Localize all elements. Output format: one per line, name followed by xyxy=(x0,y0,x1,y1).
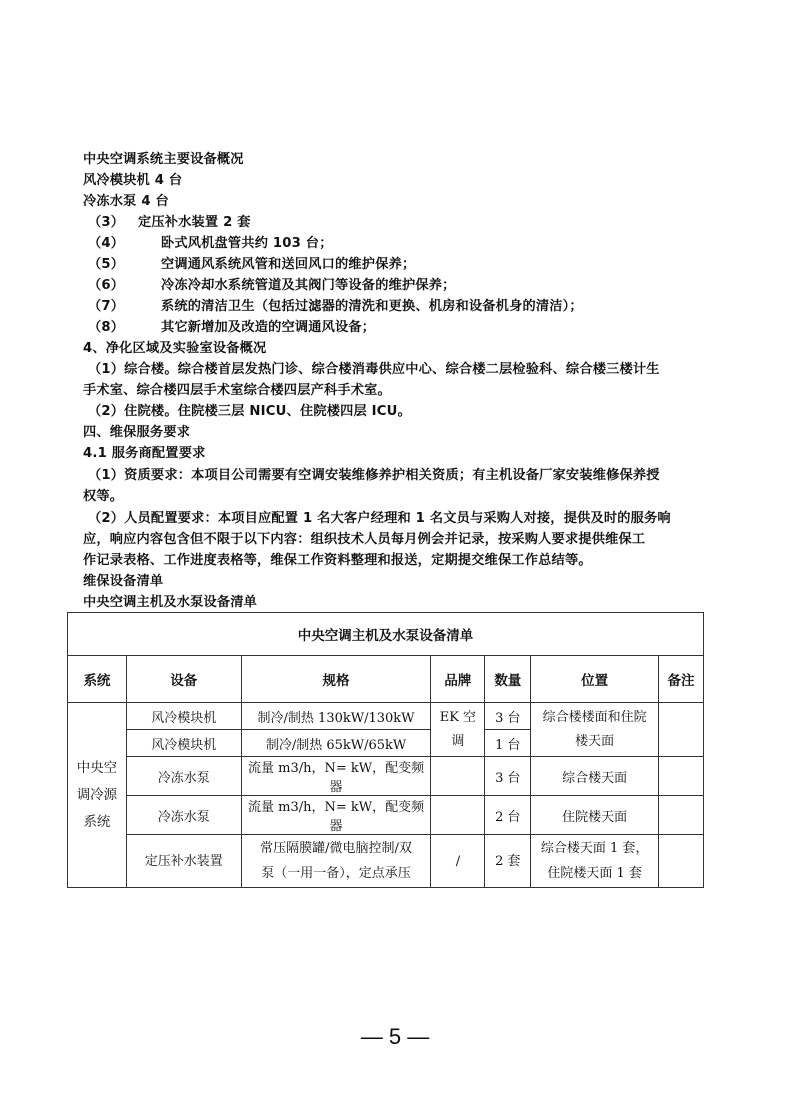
table-row: 定压补水装置 常压隔膜罐/微电脑控制/双 泵（一用一备），定点承压 / 2 套 … xyxy=(68,835,704,888)
spec-line: 常压隔膜罐/微电脑控制/双 xyxy=(242,836,431,861)
device-cell: 冷冻水泵 xyxy=(126,796,241,835)
device-cell: 冷冻水泵 xyxy=(126,757,241,796)
section-4-title: 4、净化区域及实验室设备概况 xyxy=(83,339,266,359)
list-item-text: 卧式风机盘管共约 103 台； xyxy=(161,236,333,251)
system-line: 中央空 xyxy=(68,755,126,782)
system-line: 调冷源 xyxy=(68,782,126,809)
note-cell xyxy=(659,796,704,835)
location-cell: 综合楼天面 1 套， 住院楼天面 1 套 xyxy=(531,835,659,888)
brand-cell xyxy=(431,757,485,796)
list-item: （5）空调通风系统风管和送回风口的维护保养； xyxy=(88,255,415,275)
brand-cell: / xyxy=(431,835,485,888)
list-item-text: 定压补水装置 2 套 xyxy=(138,215,251,230)
table-title: 中央空调主机及水泵设备清单 xyxy=(68,613,704,656)
column-header-device: 设备 xyxy=(126,656,241,703)
paragraph-line: 作记录表格、工作进度表格等，维保工作资料整理和报送，定期提交维保工作总结等。 xyxy=(83,551,592,571)
note-cell xyxy=(659,757,704,796)
brand-line: 调 xyxy=(431,730,484,754)
list-item-number: （7） xyxy=(88,297,161,317)
list-item: （6）冷冻冷却水系统管道及其阀门等设备的维护保养； xyxy=(88,276,456,296)
page-number: — 5 — xyxy=(0,1024,790,1050)
equipment-table: 中央空调主机及水泵设备清单 系统 设备 规格 品牌 数量 位置 备注 中央空 调… xyxy=(67,612,704,888)
chiller-count-line: 风冷模块机 4 台 xyxy=(83,171,182,191)
brand-line: EK 空 xyxy=(431,706,484,730)
table-row: 冷冻水泵 流量 m3/h，N= kW，配变频器 2 台 住院楼天面 xyxy=(68,796,704,835)
paragraph-line: （1）资质要求：本项目公司需要有空调安装维修养护相关资质；有主机设备厂家安装维修… xyxy=(88,466,660,486)
location-cell: 综合楼天面 xyxy=(531,757,659,796)
paragraph-line: 手术室、综合楼四层手术室综合楼四层产科手术室。 xyxy=(83,381,391,401)
pump-count-line: 冷冻水泵 4 台 xyxy=(83,192,169,212)
column-header-brand: 品牌 xyxy=(431,656,485,703)
overview-heading: 中央空调系统主要设备概况 xyxy=(83,150,244,170)
note-cell xyxy=(659,703,704,757)
quantity-cell: 3 台 xyxy=(485,703,531,730)
list-item-text: 空调通风系统风管和送回风口的维护保养； xyxy=(161,257,415,272)
list-item-number: （6） xyxy=(88,276,161,296)
brand-cell: EK 空 调 xyxy=(431,703,485,757)
list-item-number: （5） xyxy=(88,255,161,275)
column-header-quantity: 数量 xyxy=(485,656,531,703)
spec-cell: 制冷/制热 130kW/130kW xyxy=(241,703,431,730)
column-header-system: 系统 xyxy=(68,656,127,703)
list-item: （7）系统的清洁卫生（包括过滤器的清洗和更换、机房和设备机身的清洁）； xyxy=(88,297,583,317)
device-cell: 风冷模块机 xyxy=(126,730,241,757)
location-line: 住院楼天面 1 套 xyxy=(531,861,658,886)
column-header-note: 备注 xyxy=(659,656,704,703)
table-row: 冷冻水泵 流量 m3/h，N= kW，配变频器 3 台 综合楼天面 xyxy=(68,757,704,796)
location-line: 综合楼楼面和住院 xyxy=(531,706,658,730)
quantity-cell: 2 台 xyxy=(485,796,531,835)
list-item-number: （3） xyxy=(88,213,138,233)
table-row: 中央空 调冷源 系统 风冷模块机 制冷/制热 130kW/130kW EK 空 … xyxy=(68,703,704,730)
location-cell: 住院楼天面 xyxy=(531,796,659,835)
list-item-text: 系统的清洁卫生（包括过滤器的清洗和更换、机房和设备机身的清洁）； xyxy=(161,299,583,314)
device-cell: 风冷模块机 xyxy=(126,703,241,730)
list-item-number: （8） xyxy=(88,318,161,338)
paragraph-line: 应，响应内容包含但不限于以下内容：组织技术人员每月例会并记录，按采购人要求提供维… xyxy=(83,530,645,550)
paragraph-line: （2）住院楼。住院楼三层 NICU、住院楼四层 ICU。 xyxy=(88,402,411,422)
brand-cell xyxy=(431,796,485,835)
system-line: 系统 xyxy=(68,809,126,836)
system-cell: 中央空 调冷源 系统 xyxy=(68,703,127,888)
list-item-text: 其它新增加及改造的空调通风设备； xyxy=(161,320,375,335)
paragraph-line: （2）人员配置要求：本项目应配置 1 名大客户经理和 1 名文员与采购人对接，提… xyxy=(88,509,671,529)
location-line: 综合楼天面 1 套， xyxy=(531,836,658,861)
list-item: （4）卧式风机盘管共约 103 台； xyxy=(88,234,333,254)
quantity-cell: 1 台 xyxy=(485,730,531,757)
table-header-row: 系统 设备 规格 品牌 数量 位置 备注 xyxy=(68,656,704,703)
spec-cell: 常压隔膜罐/微电脑控制/双 泵（一用一备），定点承压 xyxy=(241,835,431,888)
column-header-spec: 规格 xyxy=(241,656,431,703)
device-cell: 定压补水装置 xyxy=(126,835,241,888)
location-cell: 综合楼楼面和住院 楼天面 xyxy=(531,703,659,757)
spec-cell: 流量 m3/h，N= kW，配变频器 xyxy=(241,757,431,796)
list-item-text: 冷冻冷却水系统管道及其阀门等设备的维护保养； xyxy=(161,278,456,293)
list-item: （3）定压补水装置 2 套 xyxy=(88,213,251,233)
spec-line: 泵（一用一备），定点承压 xyxy=(242,861,431,886)
location-line: 楼天面 xyxy=(531,730,658,754)
column-header-location: 位置 xyxy=(531,656,659,703)
paragraph-line: 权等。 xyxy=(83,487,123,507)
spec-cell: 制冷/制热 65kW/65kW xyxy=(241,730,431,757)
maintenance-list-title: 维保设备清单 xyxy=(83,572,163,592)
subsection-4-1-title: 4.1 服务商配置要求 xyxy=(83,444,205,464)
section-four-title: 四、维保服务要求 xyxy=(83,423,190,443)
quantity-cell: 3 台 xyxy=(485,757,531,796)
paragraph-line: （1）综合楼。综合楼首层发热门诊、综合楼消毒供应中心、综合楼二层检验科、综合楼三… xyxy=(88,360,660,380)
quantity-cell: 2 套 xyxy=(485,835,531,888)
list-item-number: （4） xyxy=(88,234,161,254)
spec-cell: 流量 m3/h，N= kW，配变频器 xyxy=(241,796,431,835)
note-cell xyxy=(659,835,704,888)
table-caption: 中央空调主机及水泵设备清单 xyxy=(83,593,257,613)
list-item: （8）其它新增加及改造的空调通风设备； xyxy=(88,318,375,338)
